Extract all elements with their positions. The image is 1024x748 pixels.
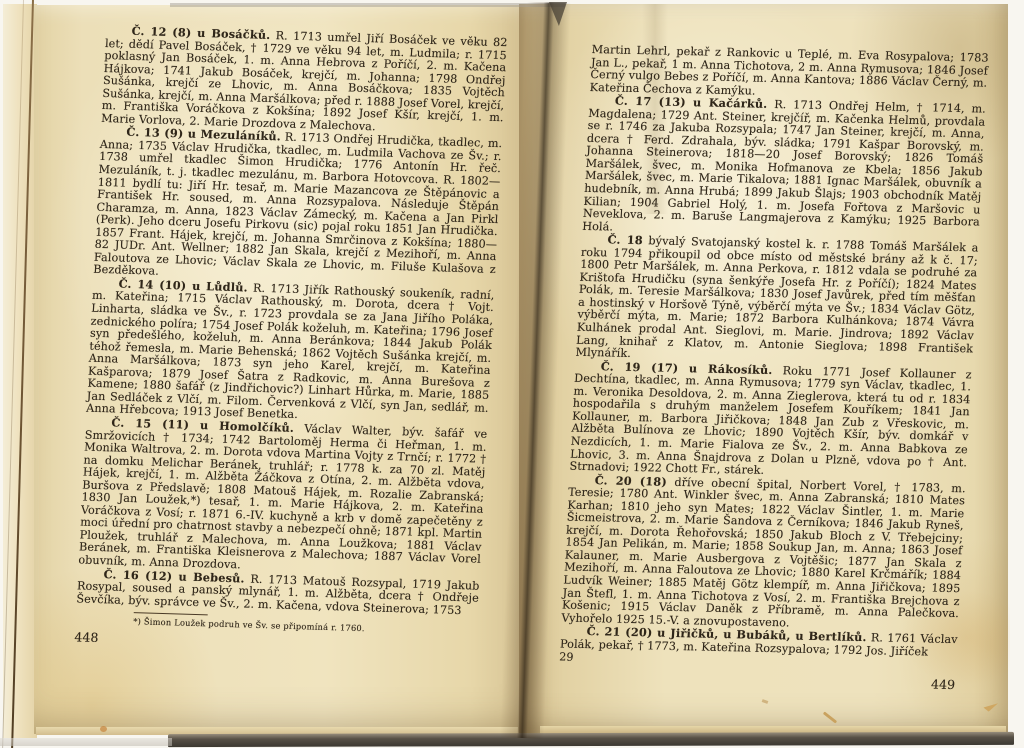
entry-c20: Č. 20 (18) dříve obecní špital, Norbert … [561, 473, 966, 633]
table-edge-shadow [0, 738, 172, 746]
entry-c14-body: R. 1713 Jiřík Rathouský soukeník, radní,… [86, 281, 495, 421]
entry-c18-body: bývalý Svatojanský kostel k. r. 1788 Tom… [575, 234, 979, 360]
left-page-fore-edges [3, 4, 37, 738]
entry-c13-body: R. 1713 Ondřej Hrudička, tkadlec, m. Ann… [93, 131, 503, 278]
book-bottom-shadow [168, 732, 1014, 747]
top-background-sliver [170, 3, 565, 7]
entry-c19-body: Roku 1771 Josef Kollauner z Dechtína, tk… [569, 364, 972, 477]
entry-c13: Č. 13 (9) u Mezuláníků. R. 1713 Ondřej H… [93, 125, 503, 289]
entry-c12-body: R. 1713 umřel Jiří Bosáček ve věku 82 le… [101, 29, 508, 133]
entry-c15-body: Václav Walter, býv. šafář ve Smržovicích… [78, 422, 488, 571]
entry-c15: Č. 15 (11) u Homolčíků. Václav Walter, b… [78, 416, 488, 580]
paper-stain-dot [100, 726, 107, 732]
entry-c18-heading: Č. 18 [607, 233, 643, 248]
entry-c17: Č. 17 (13) u Kačárků. R. 1713 Ondřej Hel… [582, 94, 986, 242]
right-page-text: Martin Lehrl, pekař z Rankovic u Teplé, … [558, 44, 989, 691]
entry-c18: Č. 18 bývalý Svatojanský kostel k. r. 17… [575, 233, 979, 368]
entry-c16-continuation-body: Martin Lehrl, pekař z Rankovic u Teplé, … [589, 43, 989, 97]
book-photo: Č. 12 (8) u Bosáčků. R. 1713 umřel Jiří … [0, 0, 1024, 748]
left-page-text: Č. 12 (8) u Bosáčků. R. 1713 umřel Jiří … [74, 24, 508, 656]
entry-c12: Č. 12 (8) u Bosáčků. R. 1713 umřel Jiří … [101, 24, 508, 138]
entry-c20-body: dříve obecní špital, Norbert Vorel, † 17… [561, 475, 966, 629]
entry-c14: Č. 14 (10) u Lůdlů. R. 1713 Jiřík Rathou… [86, 277, 495, 428]
page-edge-line [11, 0, 34, 748]
entry-c17-body: R. 1713 Ondřej Helm, † 1714, m. Magdalen… [582, 98, 986, 233]
entry-c19: Č. 19 (17) u Rákosíků. Roku 1771 Josef K… [569, 359, 972, 481]
